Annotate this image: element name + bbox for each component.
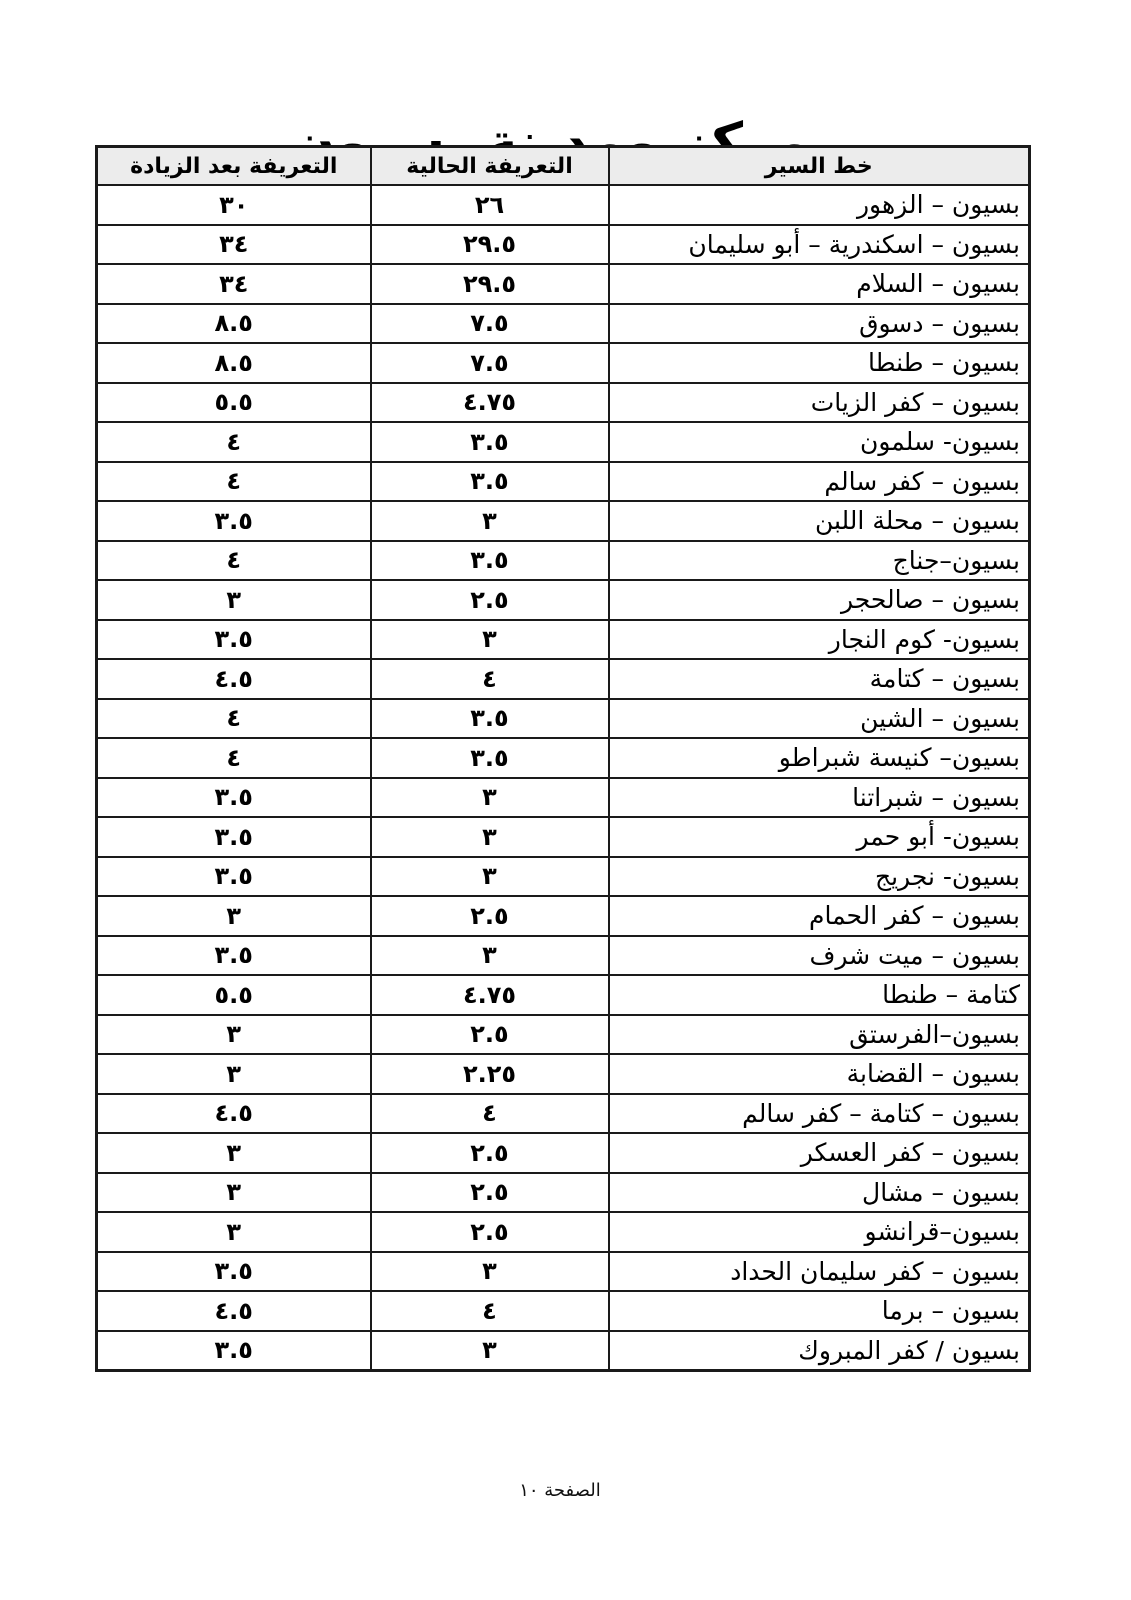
current-fare-cell: ٢.٥ [371,1015,609,1055]
current-fare-cell: ٣ [371,1331,609,1371]
fare-after-increase-cell: ٣.٥ [97,501,371,541]
current-fare-cell: ٣.٥ [371,699,609,739]
fare-after-increase-cell: ٥.٥ [97,383,371,423]
current-fare-cell: ٤ [371,1291,609,1331]
current-fare-cell: ٢٩.٥ [371,264,609,304]
route-cell: بسيون / كفر المبروك [609,1331,1030,1371]
header-fare-after-increase: التعريفة بعد الزيادة [97,147,371,186]
fare-table: خط السير التعريفة الحالية التعريفة بعد ا… [95,145,1031,1372]
route-cell: بسيون – ميت شرف [609,936,1030,976]
current-fare-cell: ٤.٧٥ [371,975,609,1015]
route-cell: بسيون – كفر سليمان الحداد [609,1252,1030,1292]
route-cell: بسيون – محلة اللبن [609,501,1030,541]
header-current-fare: التعريفة الحالية [371,147,609,186]
fare-after-increase-cell: ٣ [97,580,371,620]
current-fare-cell: ٣.٥ [371,738,609,778]
current-fare-cell: ٣ [371,857,609,897]
fare-after-increase-cell: ٣ [97,1212,371,1252]
current-fare-cell: ٣.٥ [371,462,609,502]
fare-after-increase-cell: ٥.٥ [97,975,371,1015]
fare-after-increase-cell: ٣.٥ [97,1252,371,1292]
header-route: خط السير [609,147,1030,186]
current-fare-cell: ٣ [371,778,609,818]
route-cell: بسيون – القضابة [609,1054,1030,1094]
table-row: بسيون – كفر العسكر٢.٥٣ [97,1133,1030,1173]
table-row: بسيون – كفر سالم٣.٥٤ [97,462,1030,502]
fare-after-increase-cell: ٣ [97,1173,371,1213]
table-row: بسيون – كتامة٤٤.٥ [97,659,1030,699]
table-header-row: خط السير التعريفة الحالية التعريفة بعد ا… [97,147,1030,186]
table-row: بسيون–الفرستق٢.٥٣ [97,1015,1030,1055]
fare-after-increase-cell: ٣ [97,896,371,936]
table-row: بسيون – مشال٢.٥٣ [97,1173,1030,1213]
table-row: بسيون – صالحجر٢.٥٣ [97,580,1030,620]
route-cell: بسيون– كنيسة شبراطو [609,738,1030,778]
current-fare-cell: ٢.٥ [371,1212,609,1252]
current-fare-cell: ٣.٥ [371,541,609,581]
route-cell: بسيون – مشال [609,1173,1030,1213]
route-cell: بسيون- أبو حمر [609,817,1030,857]
table-row: بسيون – دسوق٧.٥٨.٥ [97,304,1030,344]
route-cell: بسيون – اسكندرية – أبو سليمان [609,225,1030,265]
table-row: بسيون – السلام٢٩.٥٣٤ [97,264,1030,304]
table-row: بسيون – برما٤٤.٥ [97,1291,1030,1331]
fare-after-increase-cell: ٣.٥ [97,857,371,897]
table-row: بسيون – طنطا٧.٥٨.٥ [97,343,1030,383]
table-row: بسيون – كفر الحمام٢.٥٣ [97,896,1030,936]
table-row: بسيون – شبراتنا٣٣.٥ [97,778,1030,818]
fare-after-increase-cell: ٨.٥ [97,304,371,344]
fare-after-increase-cell: ٤ [97,422,371,462]
fare-after-increase-cell: ٣.٥ [97,778,371,818]
table-row: بسيون- أبو حمر٣٣.٥ [97,817,1030,857]
route-cell: بسيون – طنطا [609,343,1030,383]
route-cell: بسيون–الفرستق [609,1015,1030,1055]
current-fare-cell: ٣ [371,936,609,976]
route-cell: بسيون – السلام [609,264,1030,304]
route-cell: بسيون – كفر سالم [609,462,1030,502]
table-row: كتامة – طنطا٤.٧٥٥.٥ [97,975,1030,1015]
fare-after-increase-cell: ٣.٥ [97,620,371,660]
route-cell: بسيون – الشين [609,699,1030,739]
table-row: بسيون–جناج٣.٥٤ [97,541,1030,581]
table-body: بسيون – الزهور٢٦٣٠بسيون – اسكندرية – أبو… [97,185,1030,1371]
table-row: بسيون – اسكندرية – أبو سليمان٢٩.٥٣٤ [97,225,1030,265]
table-row: بسيون– كنيسة شبراطو٣.٥٤ [97,738,1030,778]
current-fare-cell: ٣.٥ [371,422,609,462]
table-row: بسيون – ميت شرف٣٣.٥ [97,936,1030,976]
route-cell: بسيون- كوم النجار [609,620,1030,660]
current-fare-cell: ٤ [371,1094,609,1134]
fare-after-increase-cell: ٣٤ [97,264,371,304]
fare-after-increase-cell: ٣.٥ [97,817,371,857]
current-fare-cell: ٤.٧٥ [371,383,609,423]
current-fare-cell: ٣ [371,620,609,660]
fare-after-increase-cell: ٨.٥ [97,343,371,383]
table-row: بسيون / كفر المبروك٣٣.٥ [97,1331,1030,1371]
route-cell: بسيون – صالحجر [609,580,1030,620]
page-number: الصفحة ١٠ [0,1480,1120,1501]
fare-after-increase-cell: ٤ [97,462,371,502]
current-fare-cell: ٢.٥ [371,1133,609,1173]
route-cell: بسيون- نجريج [609,857,1030,897]
fare-after-increase-cell: ٣.٥ [97,1331,371,1371]
table-row: بسيون- نجريج٣٣.٥ [97,857,1030,897]
table-row: بسيون – القضابة٢.٢٥٣ [97,1054,1030,1094]
route-cell: بسيون – الزهور [609,185,1030,225]
current-fare-cell: ٤ [371,659,609,699]
route-cell: بسيون – كتامة – كفر سالم [609,1094,1030,1134]
fare-after-increase-cell: ٤ [97,738,371,778]
route-cell: بسيون – كفر الحمام [609,896,1030,936]
table-row: بسيون – كفر سليمان الحداد٣٣.٥ [97,1252,1030,1292]
fare-after-increase-cell: ٣ [97,1015,371,1055]
table-row: بسيون–قرانشو٢.٥٣ [97,1212,1030,1252]
fare-after-increase-cell: ٤.٥ [97,659,371,699]
fare-after-increase-cell: ٣٤ [97,225,371,265]
current-fare-cell: ٣ [371,1252,609,1292]
table-row: بسيون – كتامة – كفر سالم٤٤.٥ [97,1094,1030,1134]
fare-after-increase-cell: ٣ [97,1133,371,1173]
current-fare-cell: ٣ [371,501,609,541]
route-cell: بسيون – كفر العسكر [609,1133,1030,1173]
table-row: بسيون – الزهور٢٦٣٠ [97,185,1030,225]
fare-after-increase-cell: ٣ [97,1054,371,1094]
route-cell: بسيون–قرانشو [609,1212,1030,1252]
current-fare-cell: ٣ [371,817,609,857]
table-row: بسيون- سلمون٣.٥٤ [97,422,1030,462]
current-fare-cell: ٧.٥ [371,343,609,383]
route-cell: بسيون – دسوق [609,304,1030,344]
current-fare-cell: ٢.٥ [371,896,609,936]
route-cell: بسيون – برما [609,1291,1030,1331]
current-fare-cell: ٢.٢٥ [371,1054,609,1094]
fare-after-increase-cell: ٤ [97,699,371,739]
current-fare-cell: ٢٩.٥ [371,225,609,265]
fare-after-increase-cell: ٣٠ [97,185,371,225]
current-fare-cell: ٧.٥ [371,304,609,344]
table-row: بسيون – كفر الزيات٤.٧٥٥.٥ [97,383,1030,423]
route-cell: بسيون–جناج [609,541,1030,581]
fare-after-increase-cell: ٤ [97,541,371,581]
route-cell: بسيون- سلمون [609,422,1030,462]
table-row: بسيون- كوم النجار٣٣.٥ [97,620,1030,660]
fare-after-increase-cell: ٤.٥ [97,1291,371,1331]
route-cell: بسيون – كفر الزيات [609,383,1030,423]
table-row: بسيون – الشين٣.٥٤ [97,699,1030,739]
route-cell: بسيون – شبراتنا [609,778,1030,818]
current-fare-cell: ٢.٥ [371,580,609,620]
fare-after-increase-cell: ٣.٥ [97,936,371,976]
current-fare-cell: ٢٦ [371,185,609,225]
fare-after-increase-cell: ٤.٥ [97,1094,371,1134]
route-cell: كتامة – طنطا [609,975,1030,1015]
table-row: بسيون – محلة اللبن٣٣.٥ [97,501,1030,541]
current-fare-cell: ٢.٥ [371,1173,609,1213]
route-cell: بسيون – كتامة [609,659,1030,699]
